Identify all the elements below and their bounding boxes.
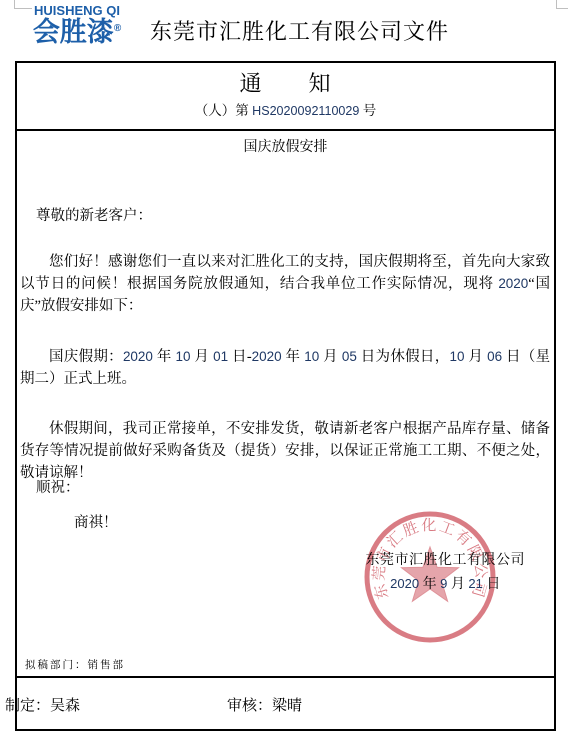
document-page: HUISHENG QI 会胜漆® 东莞市汇胜化工有限公司文件 通 知 （人）第 …	[0, 0, 568, 738]
closing-wish: 顺祝：	[36, 476, 80, 497]
divider-line	[15, 129, 556, 131]
crop-mark-top-right	[556, 0, 557, 8]
notice-title: 通 知	[15, 67, 556, 98]
signature-date: 2020 年 9 月 21 日	[366, 573, 526, 593]
divider-line	[15, 676, 556, 678]
document-number: （人）第 HS2020092110029 号	[15, 99, 556, 119]
signature-block: 东莞市汇胜化工有限公司 2020 年 9 月 21 日	[366, 549, 526, 593]
crop-mark-top-right	[556, 8, 568, 9]
closing-greeting: 商祺！	[74, 511, 118, 532]
logo-en-text: HUISHENG QI	[22, 4, 132, 17]
drafting-department: 拟稿部门：销售部	[25, 657, 125, 672]
drafter-name: 制定：吴森	[5, 694, 80, 715]
salutation: 尊敬的新老客户：	[36, 204, 152, 225]
crop-mark-top-left	[14, 0, 15, 8]
body-paragraph: 您们好！感谢您们一直以来对汇胜化工的支持，国庆假期将至，首先向大家致以节日的问候…	[20, 251, 550, 317]
notice-subject: 国庆放假安排	[15, 136, 556, 156]
signature-company: 东莞市汇胜化工有限公司	[366, 549, 526, 569]
body-paragraph: 休假期间，我司正常接单，不安排发货，敬请新老客户根据产品库存量、储备货存等情况提…	[20, 418, 550, 484]
logo-cn-text: 会胜漆®	[22, 19, 132, 46]
registered-mark-icon: ®	[114, 23, 121, 34]
reviewer-name: 审核：梁晴	[227, 694, 302, 715]
body-paragraph: 国庆假期：2020 年 10 月 01 日-2020 年 10 月 05 日为休…	[20, 346, 550, 390]
letterhead-title: 东莞市汇胜化工有限公司文件	[150, 15, 450, 46]
company-logo: HUISHENG QI 会胜漆®	[22, 4, 132, 46]
